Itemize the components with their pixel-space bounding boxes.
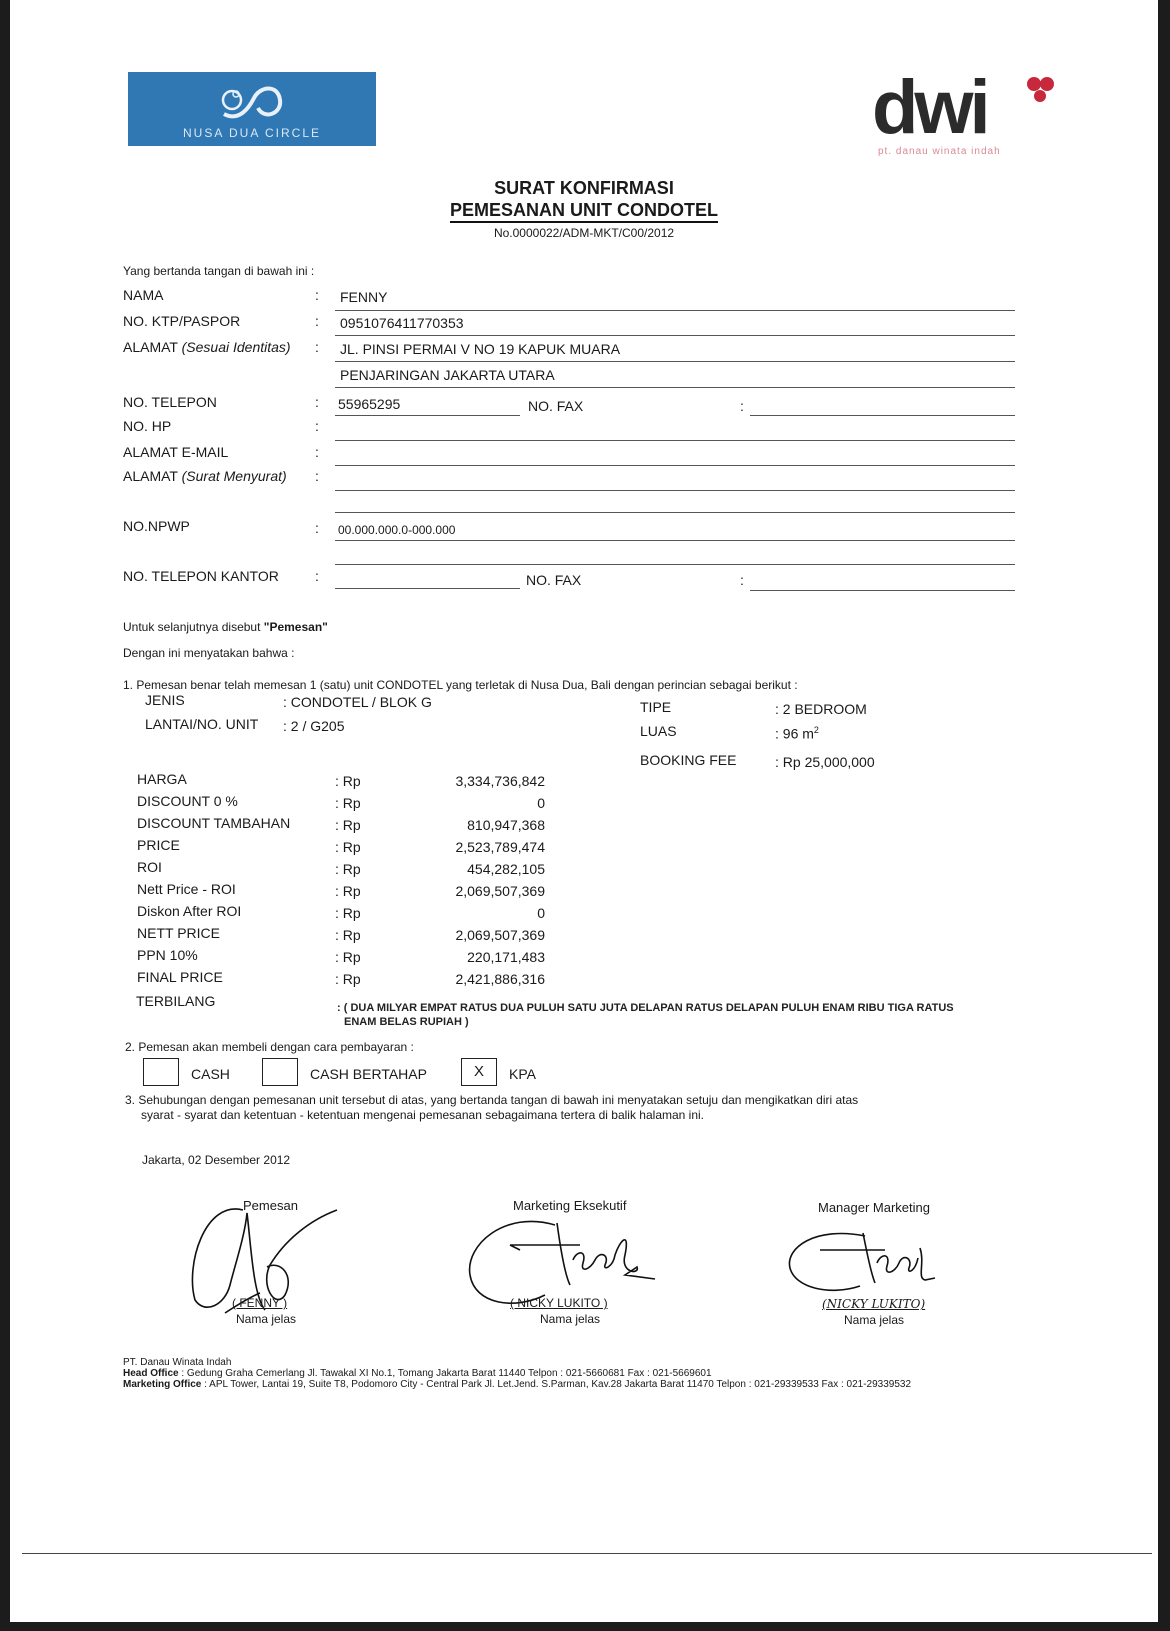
- payment-heading: 2. Pemesan akan membeli dengan cara pemb…: [125, 1040, 414, 1054]
- document-page: NUSA DUA CIRCLE dwi pt. danau winata ind…: [10, 0, 1158, 1622]
- colon: :: [740, 398, 744, 414]
- signature-name-marketing-eksekutif: ( NICKY LUKITO ): [510, 1296, 608, 1310]
- bottom-rule: [22, 1553, 1152, 1554]
- pricing-currency: : Rp: [335, 817, 361, 833]
- colon: :: [740, 572, 744, 588]
- colon: :: [315, 418, 319, 434]
- swirl-logo-icon: [214, 78, 290, 128]
- title-line-2-text: PEMESANAN UNIT CONDOTEL: [450, 200, 718, 223]
- pricing-currency: : Rp: [335, 839, 361, 855]
- jenis-label: JENIS: [145, 692, 185, 708]
- marketing-office-text: : APL Tower, Lantai 19, Suite T8, Podomo…: [201, 1379, 911, 1390]
- address-line-1: JL. PINSI PERMAI V NO 19 KAPUK MUARA: [340, 341, 620, 357]
- pricing-currency: : Rp: [335, 905, 361, 921]
- phone-label: NO. TELEPON: [123, 394, 217, 410]
- underline: [335, 335, 1015, 336]
- fax-label: NO. FAX: [528, 398, 583, 414]
- footer-marketing-office: Marketing Office : APL Tower, Lantai 19,…: [123, 1379, 911, 1390]
- pricing-value: 454,282,105: [415, 861, 545, 877]
- booking-fee-value: : Rp 25,000,000: [775, 754, 875, 770]
- mail-address-line-2: [335, 512, 1015, 513]
- title-line-1: SURAT KONFIRMASI: [10, 178, 1158, 199]
- npwp-label: NO.NPWP: [123, 518, 190, 534]
- head-office-label: Head Office: [123, 1368, 179, 1379]
- colon: :: [315, 444, 319, 460]
- office-fax-field-line: [750, 590, 1015, 591]
- colon: :: [315, 568, 319, 584]
- hereafter-bold: "Pemesan": [264, 620, 328, 634]
- tipe-label: TIPE: [640, 699, 671, 715]
- hp-label: NO. HP: [123, 418, 171, 434]
- npwp-value: 00.000.000.0-000.000: [338, 523, 455, 537]
- office-phone-field-line: [335, 588, 520, 589]
- colon: :: [315, 394, 319, 410]
- footer-company: PT. Danau Winata Indah: [123, 1357, 231, 1368]
- underline: [335, 564, 1015, 565]
- pricing-currency: : Rp: [335, 949, 361, 965]
- pricing-currency: : Rp: [335, 883, 361, 899]
- luas-value: : 96 m2: [775, 725, 819, 742]
- tipe-value: : 2 BEDROOM: [775, 701, 867, 717]
- head-office-text: : Gedung Graha Cemerlang Jl. Tawakal XI …: [179, 1368, 712, 1379]
- address-note: (Sesuai Identitas): [182, 339, 291, 355]
- pricing-label: FINAL PRICE: [137, 969, 223, 985]
- mail-address-label-text: ALAMAT: [123, 468, 178, 484]
- item-3-line-2: syarat - syarat dan ketentuan - ketentua…: [141, 1108, 704, 1122]
- underline: [335, 310, 1015, 311]
- mail-address-line-1: [335, 490, 1015, 491]
- luas-label: LUAS: [640, 723, 677, 739]
- dwi-logo: dwi pt. danau winata indah: [872, 70, 1001, 157]
- signature-name-manager-marketing-text: (NICKY LUKITO): [822, 1297, 925, 1311]
- signature-name-marketing-eksekutif-text: ( NICKY LUKITO ): [510, 1296, 608, 1310]
- signature-role-manager-marketing: Manager Marketing: [818, 1200, 930, 1215]
- pricing-value: 3,334,736,842: [415, 773, 545, 789]
- pricing-value: 0: [415, 905, 545, 921]
- booking-fee-label: BOOKING FEE: [640, 752, 736, 768]
- intro-text: Yang bertanda tangan di bawah ini :: [123, 264, 314, 278]
- signature-name-pemesan-text: ( FENNY ): [232, 1296, 287, 1310]
- terbilang-line-2: ENAM BELAS RUPIAH ): [344, 1016, 469, 1028]
- pricing-value: 2,421,886,316: [415, 971, 545, 987]
- pricing-value: 2,069,507,369: [415, 927, 545, 943]
- underline: [335, 540, 1015, 541]
- fax-field-line: [750, 415, 1015, 416]
- pricing-value: 220,171,483: [415, 949, 545, 965]
- kpa-checkbox[interactable]: X: [461, 1058, 497, 1086]
- colon: :: [315, 339, 319, 355]
- signature-role-marketing-eksekutif: Marketing Eksekutif: [513, 1198, 626, 1213]
- heart-dots-icon: [1022, 74, 1062, 124]
- pricing-label: DISCOUNT 0 %: [137, 793, 238, 809]
- marketing-office-label: Marketing Office: [123, 1379, 201, 1390]
- address-label: ALAMAT (Sesuai Identitas): [123, 339, 291, 355]
- phone-value: 55965295: [338, 396, 400, 412]
- pricing-label: HARGA: [137, 771, 187, 787]
- terbilang-label: TERBILANG: [136, 993, 215, 1009]
- ktp-label: NO. KTP/PASPOR: [123, 313, 240, 329]
- signature-name-pemesan: ( FENNY ): [232, 1296, 287, 1310]
- hereafter-prefix: Untuk selanjutnya disebut: [123, 620, 264, 634]
- pricing-label: Diskon After ROI: [137, 903, 241, 919]
- colon: :: [315, 468, 319, 484]
- item-3-line-1: 3. Sehubungan dengan pemesanan unit ters…: [125, 1093, 858, 1107]
- nusa-dua-circle-logo: NUSA DUA CIRCLE: [128, 72, 376, 146]
- address-label-text: ALAMAT: [123, 339, 178, 355]
- office-fax-label: NO. FAX: [526, 572, 581, 588]
- cash-bertahap-label: CASH BERTAHAP: [310, 1066, 427, 1082]
- office-phone-label: NO. TELEPON KANTOR: [123, 568, 279, 584]
- item-1-text: 1. Pemesan benar telah memesan 1 (satu) …: [123, 678, 798, 692]
- email-label: ALAMAT E-MAIL: [123, 444, 228, 460]
- pricing-currency: : Rp: [335, 795, 361, 811]
- ktp-value: 0951076411770353: [340, 315, 464, 331]
- email-field-line: [335, 465, 1015, 466]
- cash-label: CASH: [191, 1066, 230, 1082]
- name-value: FENNY: [340, 289, 387, 305]
- pricing-label: PRICE: [137, 837, 180, 853]
- signature-caption-pemesan: Nama jelas: [236, 1312, 296, 1326]
- pricing-currency: : Rp: [335, 971, 361, 987]
- cash-bertahap-checkbox[interactable]: [262, 1058, 298, 1086]
- dwi-tagline: pt. danau winata indah: [878, 146, 1001, 157]
- title-line-2: PEMESANAN UNIT CONDOTEL: [10, 200, 1158, 221]
- pricing-currency: : Rp: [335, 861, 361, 877]
- signature-manager-marketing-icon: [785, 1228, 955, 1308]
- pricing-value: 2,069,507,369: [415, 883, 545, 899]
- underline: [335, 387, 1015, 388]
- address-line-2: PENJARINGAN JAKARTA UTARA: [340, 367, 555, 383]
- pricing-value: 2,523,789,474: [415, 839, 545, 855]
- luas-sup: 2: [814, 725, 819, 735]
- jenis-value: : CONDOTEL / BLOK G: [283, 694, 432, 710]
- lantai-value: : 2 / G205: [283, 718, 344, 734]
- signature-name-manager-marketing: (NICKY LUKITO): [822, 1297, 925, 1311]
- luas-value-text: : 96 m: [775, 726, 814, 742]
- kpa-label: KPA: [509, 1066, 536, 1082]
- place-date: Jakarta, 02 Desember 2012: [142, 1153, 290, 1167]
- colon: :: [315, 287, 319, 303]
- pricing-label: NETT PRICE: [137, 925, 220, 941]
- colon: :: [315, 313, 319, 329]
- pricing-label: ROI: [137, 859, 162, 875]
- hereafter-text: Untuk selanjutnya disebut "Pemesan": [123, 620, 328, 634]
- terbilang-line-1: : ( DUA MILYAR EMPAT RATUS DUA PULUH SAT…: [337, 1002, 954, 1014]
- mail-address-label: ALAMAT (Surat Menyurat): [123, 468, 287, 484]
- lantai-label: LANTAI/NO. UNIT: [145, 716, 258, 732]
- mail-address-note: (Surat Menyurat): [182, 468, 287, 484]
- pricing-label: DISCOUNT TAMBAHAN: [137, 815, 290, 831]
- dwi-brand: dwi: [872, 70, 1001, 146]
- name-label: NAMA: [123, 287, 163, 303]
- logo-name: NUSA DUA CIRCLE: [128, 126, 376, 140]
- pricing-currency: : Rp: [335, 927, 361, 943]
- document-number: No.0000022/ADM-MKT/C00/2012: [10, 226, 1158, 240]
- underline: [335, 415, 520, 416]
- colon: :: [315, 520, 319, 536]
- signature-caption-manager-marketing: Nama jelas: [844, 1313, 904, 1327]
- declare-text: Dengan ini menyatakan bahwa :: [123, 646, 294, 660]
- pricing-value: 0: [415, 795, 545, 811]
- footer-head-office: Head Office : Gedung Graha Cemerlang Jl.…: [123, 1368, 712, 1379]
- pricing-label: PPN 10%: [137, 947, 198, 963]
- pricing-label: Nett Price - ROI: [137, 881, 236, 897]
- hp-field-line: [335, 440, 1015, 441]
- signature-caption-marketing-eksekutif: Nama jelas: [540, 1312, 600, 1326]
- pricing-currency: : Rp: [335, 773, 361, 789]
- pricing-value: 810,947,368: [415, 817, 545, 833]
- cash-checkbox[interactable]: [143, 1058, 179, 1086]
- underline: [335, 361, 1015, 362]
